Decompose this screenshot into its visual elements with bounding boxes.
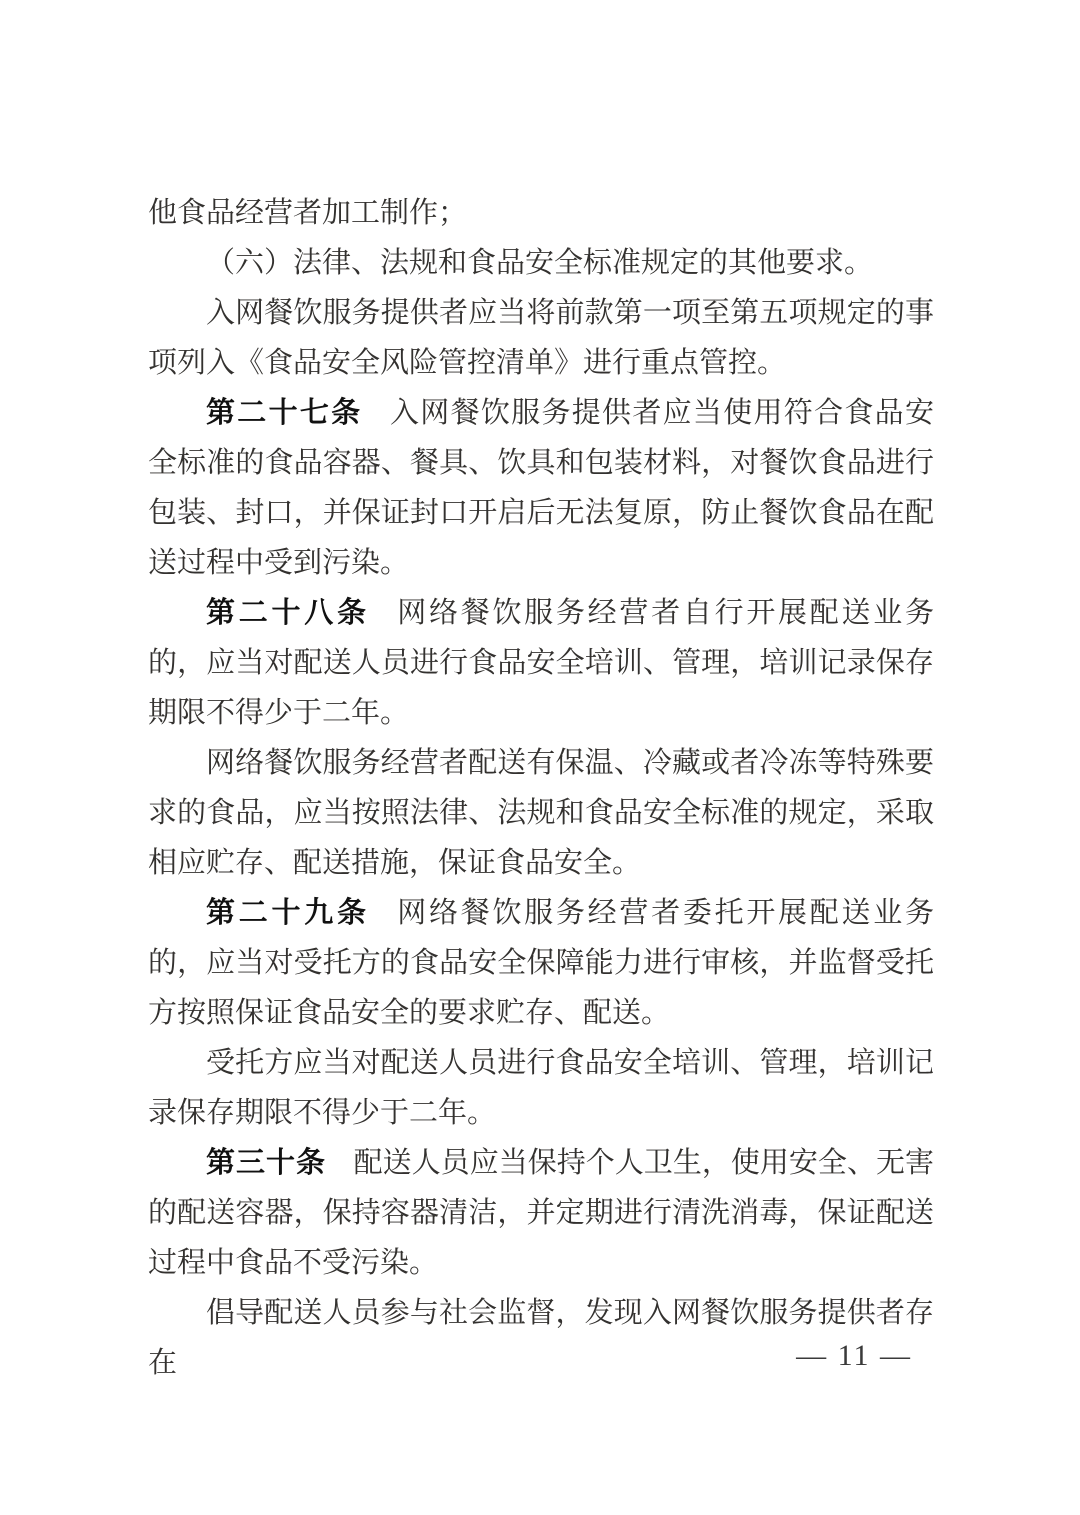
paragraph-text: 他食品经营者加工制作； bbox=[148, 197, 467, 229]
paragraph: 入网餐饮服务提供者应当将前款第一项至第五项规定的事项列入《食品安全风险管控清单》… bbox=[148, 288, 934, 388]
page-number: — 11 — bbox=[796, 1338, 912, 1374]
document-page: 他食品经营者加工制作； （六）法律、法规和食品安全标准规定的其他要求。 入网餐饮… bbox=[0, 0, 1080, 1515]
article-number-label: 第二十七条 bbox=[206, 397, 362, 429]
paragraph: （六）法律、法规和食品安全标准规定的其他要求。 bbox=[148, 238, 934, 288]
paragraph: 第二十八条网络餐饮服务经营者自行开展配送业务的，应当对配送人员进行食品安全培训、… bbox=[148, 588, 934, 738]
article-number-label: 第三十条 bbox=[206, 1147, 326, 1179]
paragraph-text: 网络餐饮服务经营者配送有保温、冷藏或者冷冻等特殊要求的食品，应当按照法律、法规和… bbox=[148, 747, 934, 879]
paragraph: 受托方应当对配送人员进行食品安全培训、管理，培训记录保存期限不得少于二年。 bbox=[148, 1038, 934, 1138]
paragraph-text: 入网餐饮服务提供者应当将前款第一项至第五项规定的事项列入《食品安全风险管控清单》… bbox=[148, 297, 934, 379]
paragraph: 第二十七条入网餐饮服务提供者应当使用符合食品安全标准的食品容器、餐具、饮具和包装… bbox=[148, 388, 934, 588]
paragraph-text: （六）法律、法规和食品安全标准规定的其他要求。 bbox=[206, 247, 873, 279]
article-number-label: 第二十九条 bbox=[206, 897, 370, 929]
paragraph: 第三十条配送人员应当保持个人卫生，使用安全、无害的配送容器，保持容器清洁，并定期… bbox=[148, 1138, 934, 1288]
paragraph-text: 受托方应当对配送人员进行食品安全培训、管理，培训记录保存期限不得少于二年。 bbox=[148, 1047, 934, 1129]
article-number-label: 第二十八条 bbox=[206, 597, 370, 629]
paragraph: 第二十九条网络餐饮服务经营者委托开展配送业务的，应当对受托方的食品安全保障能力进… bbox=[148, 888, 934, 1038]
paragraph: 网络餐饮服务经营者配送有保温、冷藏或者冷冻等特殊要求的食品，应当按照法律、法规和… bbox=[148, 738, 934, 888]
paragraph: 他食品经营者加工制作； bbox=[148, 188, 934, 238]
document-body: 他食品经营者加工制作； （六）法律、法规和食品安全标准规定的其他要求。 入网餐饮… bbox=[148, 188, 934, 1388]
